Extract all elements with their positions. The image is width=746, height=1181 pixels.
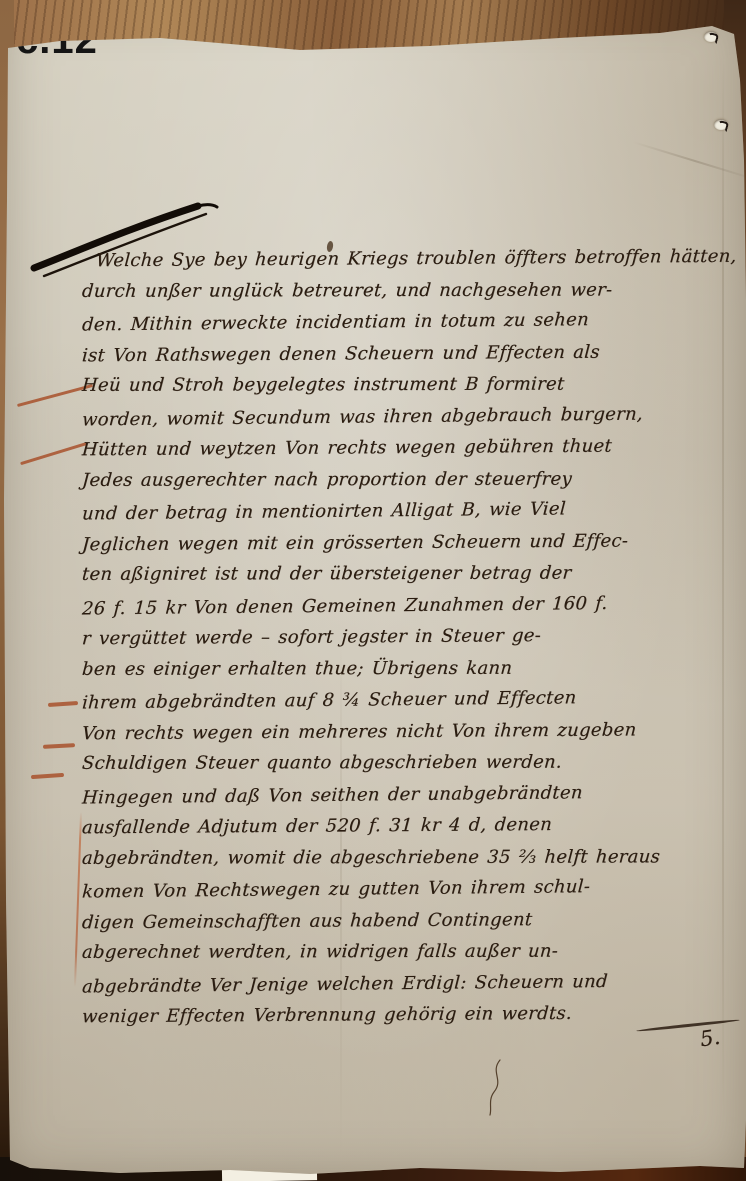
manuscript-text: Welche Sye bey heurigen Kriegs troublen … — [82, 243, 740, 1031]
manuscript-line: komen Von Rechtswegen zu gutten Von ihre… — [81, 870, 741, 908]
binding-thread — [706, 32, 719, 45]
red-margin-dash — [43, 743, 75, 749]
binding-hole — [704, 31, 718, 42]
manuscript-line: ist Von Rathswegen denen Scheuern und Ef… — [81, 335, 741, 371]
paper-crease — [633, 141, 746, 181]
red-diagonal-stroke — [20, 442, 88, 465]
manuscript-line: weniger Effecten Verbrennung gehörig ein… — [81, 997, 741, 1033]
manuscript-line: den. Mithin erweckte incidentiam in totu… — [81, 303, 741, 341]
manuscript-line: Jedes ausgerechter nach proportion der s… — [81, 463, 741, 496]
binding-hole — [714, 119, 728, 130]
manuscript-line: und der betrag in mentionirten Alligat B… — [81, 492, 741, 530]
manuscript-line: Hütten und weytzen Von rechts wegen gebü… — [81, 430, 741, 466]
manuscript-line: ihrem abgebrändten auf 8 ¾ Scheuer und E… — [81, 681, 741, 719]
manuscript-line: Jeglichen wegen mit ein grösserten Scheu… — [81, 524, 741, 560]
red-margin-dash — [31, 773, 64, 779]
red-margin-dash — [48, 701, 78, 707]
manuscript-line: Schuldigen Steuer quanto abgeschrieben w… — [81, 746, 741, 779]
manuscript-page: č.12 Welche Sye bey heurigen Kriegs trou… — [0, 0, 746, 1181]
photo-of-document: č.12 Welche Sye bey heurigen Kriegs trou… — [0, 0, 746, 1181]
manuscript-line: abgerechnet werdten, in widrigen falls a… — [81, 935, 741, 968]
manuscript-line: Welche Sye bey heurigen Kriegs troublen … — [95, 241, 741, 277]
manuscript-line: ten aßigniret ist und der übersteigener … — [81, 557, 741, 590]
manuscript-line: ausfallende Adjutum der 520 f. 31 kr 4 d… — [81, 808, 741, 844]
paper-fiber — [470, 1058, 510, 1118]
manuscript-line: Heü und Stroh beygelegtes instrument B f… — [81, 368, 741, 401]
manuscript-line: digen Gemeinschafften aus habend Conting… — [81, 902, 741, 938]
catchword: 5. — [698, 1025, 721, 1052]
manuscript-line: ben es einiger erhalten thue; Übrigens k… — [81, 652, 741, 685]
manuscript-line: Von rechts wegen ein mehreres nicht Von … — [81, 713, 741, 749]
manuscript-line: durch unßer unglück betreuret, und nachg… — [81, 274, 741, 307]
binding-thread — [716, 120, 729, 133]
manuscript-line: abgebrändten, womit die abgeschriebene 3… — [81, 841, 741, 874]
manuscript-line: r vergüttet werde – sofort jegster in St… — [81, 619, 741, 655]
